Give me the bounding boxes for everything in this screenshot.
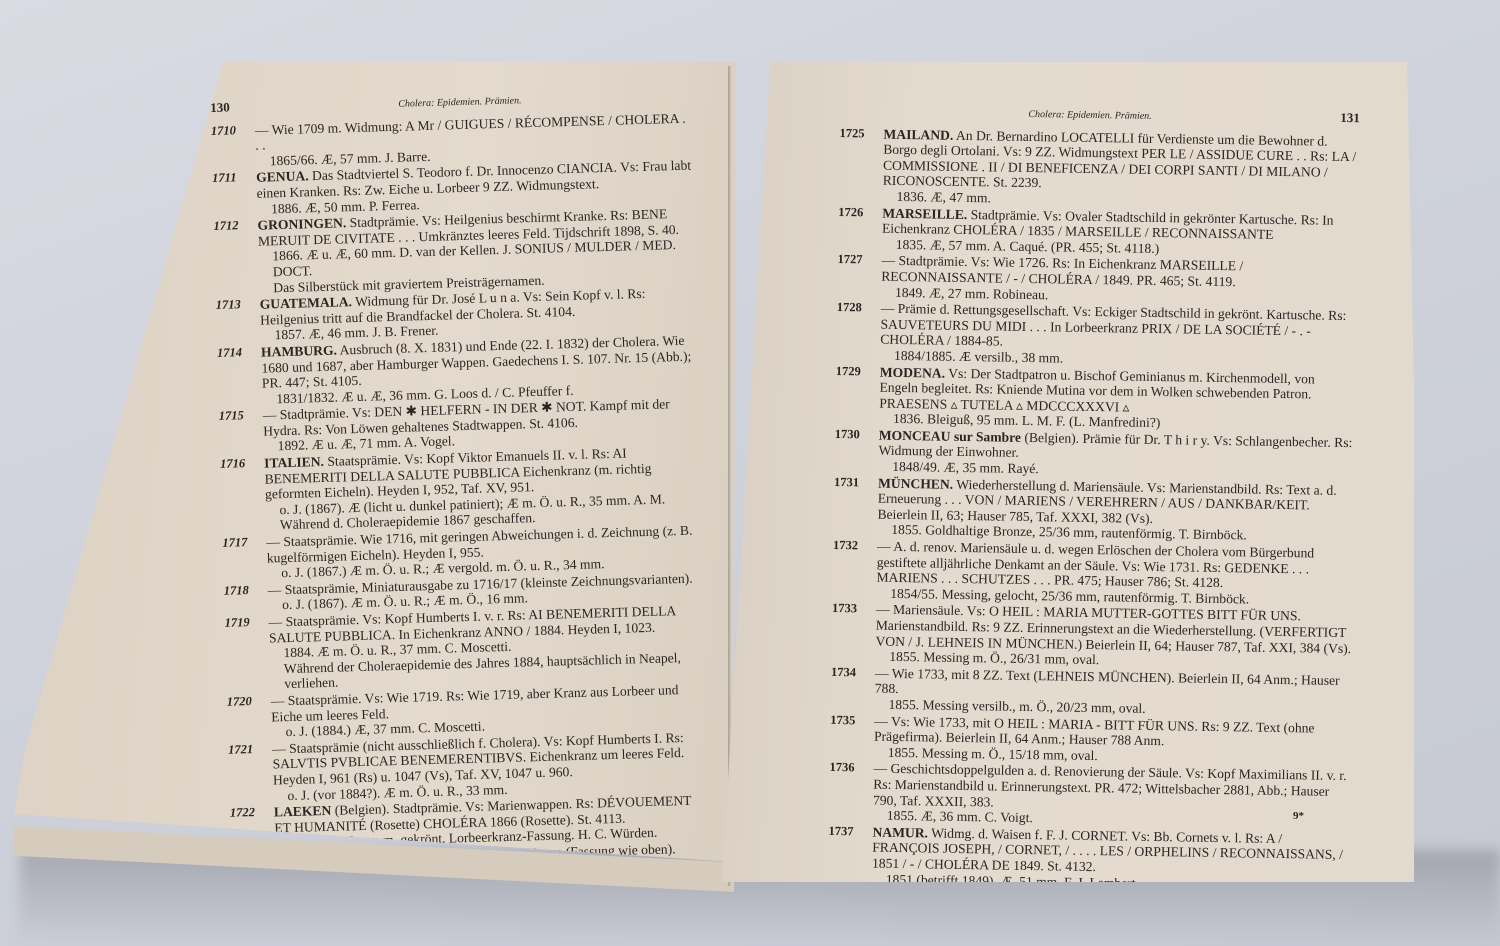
running-head-title: Cholera: Epidemien. Prämien. [398,93,522,112]
entry-body: MONCEAU sur Sambre (Belgien). Prämie für… [878,428,1355,482]
entry-body: MÜNCHEN. Wiederherstellung d. Mariensäul… [877,475,1354,545]
entry-number: 1711 [212,170,257,218]
catalog-entry: 1732— A. d. renov. Mariensäule u. d. weg… [832,538,1353,609]
entry-body: ITALIEN. Staatsprämie. Vs: Kopf Viktor E… [264,444,702,534]
entry-number: 1718 [224,582,269,614]
catalog-entry: 1735— Vs: Wie 1733, mit O HEIL : MARIA -… [830,712,1351,767]
entry-text: 1855. Messing m. Ö., 26/31 mm, oval. [889,649,1099,667]
entry-text: — Geschichtsdoppelgulden a. d. Renovieru… [873,761,1347,809]
entry-number: 1719 [224,615,270,694]
page-number: 130 [210,99,230,115]
entry-description: MAILAND. An Dr. Bernardino LOCATELLI für… [883,126,1360,196]
catalog-entry: 1733— Mariensäule. Vs: O HEIL : MARIA MU… [831,601,1352,672]
entry-place-title: MODENA. [880,364,946,380]
right-page-text: Cholera: Epidemien. Prämien. 131 1725MAI… [828,102,1360,895]
entry-number: 1712 [213,218,259,297]
catalog-entry: 1736— Geschichtsdoppelgulden a. d. Renov… [829,760,1350,831]
entry-text: — Vs: Wie 1733, mit O HEIL : MARIA - BIT… [874,713,1315,748]
entry-number: 1730 [834,427,879,474]
entry-number: 1717 [222,535,267,583]
left-page-text: 130 Cholera: Epidemien. Prämien. 1710— W… [210,87,713,934]
catalog-entry: 1734— Wie 1733, mit 8 ZZ. Text (LEHNEIS … [830,665,1351,720]
entry-number: 1732 [832,538,877,601]
catalog-entry: 1726MARSEILLE. Stadtprämie. Vs: Ovaler S… [838,205,1359,260]
entry-place-title: GRONINGEN. [257,215,346,232]
entry-body: — Prämie d. Rettungsgesellschaft. Vs: Ec… [880,301,1357,371]
entry-text: — Prämie d. Rettungsgesellschaft. Vs: Ec… [880,301,1346,349]
entry-place-title: MONCEAU sur Sambre [879,428,1021,445]
entry-place-title: MAILAND. [883,126,953,142]
right-page: Cholera: Epidemien. Prämien. 131 1725MAI… [722,62,1414,882]
entry-body: MAILAND. An Dr. Bernardino LOCATELLI für… [882,126,1359,211]
entry-number: 1733 [831,601,876,664]
entry-text: 1884/1885. Æ versilb., 38 mm. [894,348,1063,366]
entry-place-title: GENUA. [256,169,309,185]
entry-place-title: MÜNCHEN. [878,475,953,491]
entry-place-title: HAMBURG. [261,342,337,359]
entry-description: NAMUR. Widmg. d. Waisen f. F. J. CORNET.… [872,824,1349,878]
entry-list: 1725MAILAND. An Dr. Bernardino LOCATELLI… [828,126,1360,895]
entry-text: 1855. Messing versilb., m. Ö., 20/23 mm,… [888,697,1145,716]
entry-number: 1728 [836,300,881,363]
entry-text: 1855. Messing m. Ö., 15/18 mm, oval. [888,745,1098,763]
entry-number: 1715 [219,408,264,456]
entry-number: 1713 [216,297,261,345]
entry-number: 1726 [838,205,883,252]
entry-place-title: MARSEILLE. [882,205,967,221]
entry-body: GRONINGEN. Stadtprämie. Vs: Heilgenius b… [257,206,695,296]
entry-text: 1855. Æ, 36 mm. C. Voigt. [887,808,1033,825]
entry-number: 1736 [829,760,874,823]
folio-signature: 9* [1293,810,1304,822]
entry-number: 1720 [227,694,272,742]
entry-body: — Geschichtsdoppelgulden a. d. Renovieru… [873,761,1350,831]
entry-body: — Stadtprämie. Vs: Wie 1726. Rs: In Eich… [881,253,1358,307]
entry-body: MODENA. Vs: Der Stadtpatron u. Bischof G… [879,364,1356,434]
left-page: 130 Cholera: Epidemien. Prämien. 1710— W… [14,62,736,862]
catalog-entry: 1727— Stadtprämie. Vs: Wie 1726. Rs: In … [837,252,1358,307]
entry-description: MÜNCHEN. Wiederherstellung d. Mariensäul… [877,475,1354,529]
page-number: 131 [1340,110,1360,126]
entry-text: An Dr. Bernardino LOCATELLI für Verdiens… [883,127,1357,190]
entry-body: — Wie 1733, mit 8 ZZ. Text (LEHNEIS MÜNC… [874,665,1351,719]
entry-number: 1734 [830,665,875,712]
catalog-entry: 1712GRONINGEN. Stadtprämie. Vs: Heilgeni… [213,206,695,297]
entry-text: — Stadtprämie. Vs: Wie 1726. Rs: In Eich… [881,253,1243,289]
entry-number: 1735 [830,712,875,759]
entry-body: — Staatsprämie (nicht ausschließlich f. … [272,729,710,804]
entry-text: 1849. Æ, 27 mm. Robineau. [895,284,1049,301]
entry-body: — Vs: Wie 1733, mit O HEIL : MARIA - BIT… [874,713,1351,767]
entry-number: 1714 [217,345,263,409]
catalog-entry: 1729MODENA. Vs: Der Stadtpatron u. Bisch… [835,363,1356,434]
entry-body: — A. d. renov. Mariensäule u. d. wegen E… [876,539,1353,609]
entry-number: 1716 [220,456,266,535]
right-running-head: Cholera: Epidemien. Prämien. 131 [840,102,1360,128]
running-head-title: Cholera: Epidemien. Prämien. [1028,107,1152,125]
entry-description: — Geschichtsdoppelgulden a. d. Renovieru… [873,761,1350,815]
entry-text: Vs: Der Stadtpatron u. Bischof Geminianu… [879,365,1315,414]
entry-place-title: LAEKEN [274,803,332,820]
entry-number: 1731 [833,475,878,538]
entry-text: Widmg. d. Waisen f. F. J. CORNET. Vs: Bb… [872,825,1343,874]
entry-place-title: ITALIEN. [264,454,324,471]
entry-number: 1727 [837,252,882,299]
entry-number: 1729 [835,363,880,426]
catalog-entry: 1716ITALIEN. Staatsprämie. Vs: Kopf Vikt… [220,444,702,535]
catalog-entry: 1728— Prämie d. Rettungsgesellschaft. Vs… [836,300,1357,371]
entry-list: 1710— Wie 1709 m. Widmung: A Mr / GUIGUE… [211,110,713,932]
catalog-entry: 1719— Staatsprämie. Vs: Kopf Humberts I.… [224,602,706,693]
entry-description: — A. d. renov. Mariensäule u. d. wegen E… [876,539,1353,593]
entry-body: MARSEILLE. Stadtprämie. Vs: Ovaler Stadt… [882,205,1359,259]
entry-body: — Staatsprämie. Vs: Kopf Humberts I. v. … [268,602,706,692]
entry-text: — Mariensäule. Vs: O HEIL : MARIA MUTTER… [875,602,1351,656]
entry-description: — Prämie d. Rettungsgesellschaft. Vs: Ec… [880,301,1357,355]
entry-text: — A. d. renov. Mariensäule u. d. wegen E… [876,539,1314,591]
entry-number: 1737 [828,824,873,887]
entry-number: 1710 [211,122,256,170]
catalog-entry: 1725MAILAND. An Dr. Bernardino LOCATELLI… [838,126,1359,212]
entry-number: 1721 [228,741,274,805]
entry-text: 1848/49. Æ, 35 mm. Rayé. [892,459,1039,476]
entry-description: — Mariensäule. Vs: O HEIL : MARIA MUTTER… [875,602,1352,656]
catalog-entry: 1730MONCEAU sur Sambre (Belgien). Prämie… [834,427,1355,482]
entry-place-title: NAMUR. [872,824,928,840]
entry-number: 1725 [838,126,883,205]
catalog-entry: 1731MÜNCHEN. Wiederherstellung d. Marien… [833,475,1354,546]
entry-body: — Mariensäule. Vs: O HEIL : MARIA MUTTER… [875,602,1352,672]
entry-body: HAMBURG. Ausbruch (8. X. 1831) und Ende … [261,332,699,407]
entry-place-title: GUATEMALA. [260,294,353,312]
entry-text: 1836. Æ, 47 mm. [896,189,991,205]
entry-description: MODENA. Vs: Der Stadtpatron u. Bischof G… [879,364,1356,418]
